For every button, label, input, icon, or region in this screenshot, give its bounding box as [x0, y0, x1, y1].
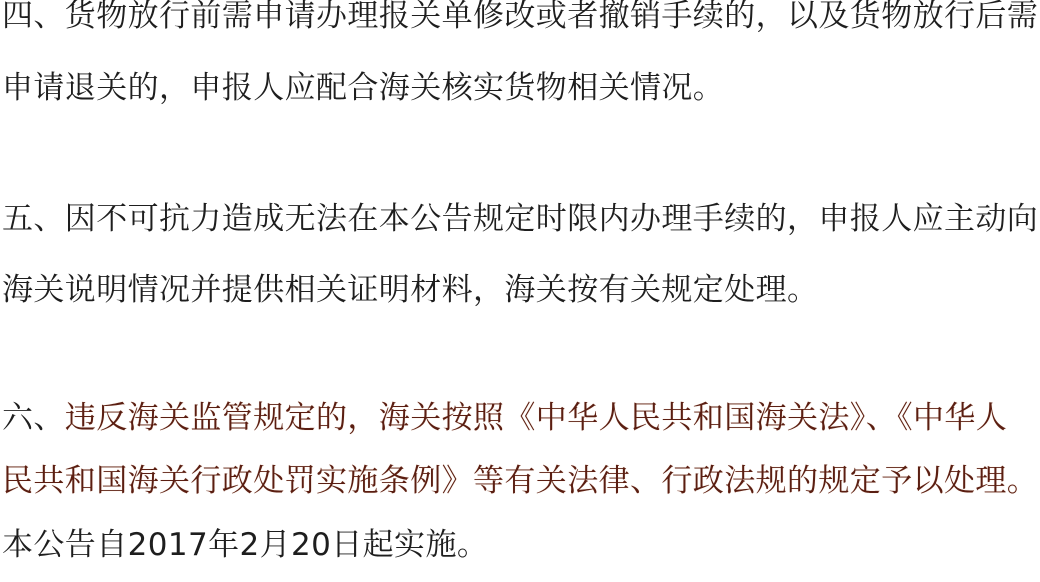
paragraph-4-line-2: 申请退关的，申报人应配合海关核实货物相关情况。 — [2, 71, 724, 105]
effective-date-line: 本公告自2017年2月20日起实施。 — [2, 528, 488, 562]
paragraph-4-line-1: 四、货物放行前需申请办理报关单修改或者撤销手续的，以及货物放行后需 — [2, 0, 1038, 33]
paragraph-6-line-2: 民共和国海关行政处罚实施条例》等有关法律、行政法规的规定予以处理。 — [2, 464, 1038, 498]
paragraph-6-prefix: 六、 — [2, 400, 65, 436]
paragraph-6-line-1: 六、违反海关监管规定的，海关按照《中华人民共和国海关法》、《中华人 — [2, 401, 1007, 435]
paragraph-5-line-1: 五、因不可抗力造成无法在本公告规定时限内办理手续的，申报人应主动向 — [2, 202, 1038, 236]
paragraph-6-highlight-text: 违反海关监管规定的，海关按照《中华人民共和国海关法》、《中华人 — [65, 400, 1007, 436]
paragraph-5-line-2: 海关说明情况并提供相关证明材料，海关按有关规定处理。 — [2, 273, 818, 307]
